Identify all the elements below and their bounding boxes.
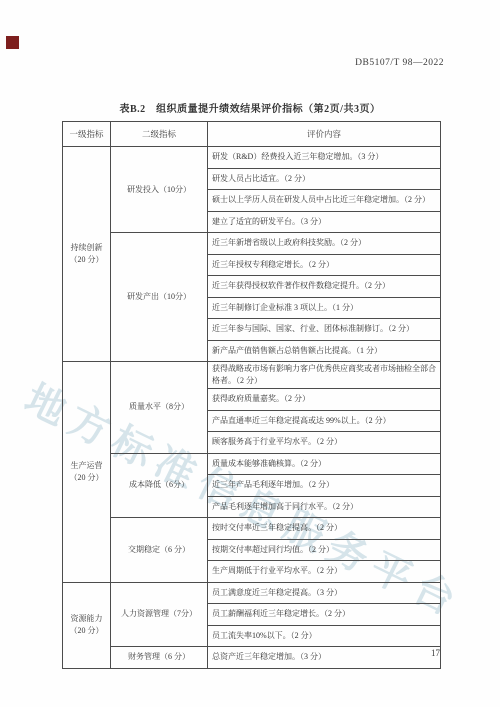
level1-indicator-cell: 资源能力 （20 分） [63, 582, 111, 668]
table-row: 财务管理（6 分）总资产近三年稳定增加。（3 分） [63, 647, 441, 669]
evaluation-content-cell: 质量成本能够准确核算。（2 分） [208, 453, 441, 475]
evaluation-content-cell: 研发人员占比适宜。（2 分） [208, 168, 441, 190]
evaluation-content-cell: 按时交付率近三年稳定提高。（2 分） [208, 518, 441, 540]
evaluation-content-cell: 近三年制修订企业标准 3 项以上。（1 分） [208, 297, 441, 319]
evaluation-content-cell: 生产周期低于行业平均水平。（2 分） [208, 561, 441, 583]
table-row: 交期稳定（6 分）按时交付率近三年稳定提高。（2 分） [63, 518, 441, 540]
evaluation-content-cell: 获得政府质量嘉奖。（2 分） [208, 389, 441, 411]
level1-indicator-cell: 生产运营 （20 分） [63, 362, 111, 583]
evaluation-content-cell: 近三年新增省级以上政府科技奖励。（2 分） [208, 233, 441, 255]
evaluation-content-cell: 员工薪酬福利近三年稳定增长。（2 分） [208, 604, 441, 626]
page-number: 17 [431, 648, 440, 658]
level2-indicator-cell: 交期稳定（6 分） [111, 518, 208, 583]
evaluation-table: 一级指标 二级指标 评价内容 持续创新 （20 分）研发投入（10分）研发（R&… [62, 121, 441, 669]
evaluation-content-cell: 员工流失率10%以下。（2 分） [208, 625, 441, 647]
evaluation-content-cell: 研发（R&D）经费投入近三年稳定增加。（3 分） [208, 147, 441, 169]
header-content: 评价内容 [208, 122, 441, 147]
evaluation-content-cell: 产品毛利逐年增加高于同行水平。（2 分） [208, 496, 441, 518]
evaluation-content-cell: 近三年授权专利稳定增长。（2 分） [208, 254, 441, 276]
level2-indicator-cell: 财务管理（6 分） [111, 647, 208, 669]
evaluation-content-cell: 近三年获得授权软件著作权件数稳定提升。（2 分） [208, 276, 441, 298]
evaluation-content-cell: 总资产近三年稳定增加。（3 分） [208, 647, 441, 669]
evaluation-content-cell: 近三年产品毛利逐年增加。（2 分） [208, 475, 441, 497]
evaluation-content-cell: 获得战略或市场有影响力客户优秀供应商奖或者市场抽检全部合格者。（2 分） [208, 362, 441, 389]
evaluation-content-cell: 产品直通率近三年稳定提高或达 99%以上。（2 分） [208, 410, 441, 432]
level1-indicator-cell: 持续创新 （20 分） [63, 147, 111, 362]
document-page: DB5107/T 98—2022 表B.2 组织质量提升绩效结果评价指标（第2页… [0, 0, 500, 707]
evaluation-content-cell: 按期交付率超过同行均值。（2 分） [208, 539, 441, 561]
level2-indicator-cell: 成本降低（6分） [111, 453, 208, 518]
evaluation-content-cell: 新产品产值销售额占总销售额占比提高。（1 分） [208, 340, 441, 362]
evaluation-content-cell: 近三年参与国际、国家、行业、团体标准制修订。（2 分） [208, 319, 441, 341]
table-row: 研发产出（10分）近三年新增省级以上政府科技奖励。（2 分） [63, 233, 441, 255]
table-row: 持续创新 （20 分）研发投入（10分）研发（R&D）经费投入近三年稳定增加。（… [63, 147, 441, 169]
evaluation-content-cell: 硕士以上学历人员在研发人员中占比近三年稳定增加。（2 分） [208, 190, 441, 212]
standard-code: DB5107/T 98—2022 [355, 58, 444, 68]
table-row: 成本降低（6分）质量成本能够准确核算。（2 分） [63, 453, 441, 475]
header-level1: 一级指标 [63, 122, 111, 147]
evaluation-table-wrapper: 一级指标 二级指标 评价内容 持续创新 （20 分）研发投入（10分）研发（R&… [62, 121, 440, 669]
level2-indicator-cell: 研发产出（10分） [111, 233, 208, 362]
table-header-row: 一级指标 二级指标 评价内容 [63, 122, 441, 147]
level2-indicator-cell: 人力资源管理（7分） [111, 582, 208, 647]
red-stamp-mark [6, 36, 19, 49]
table-row: 资源能力 （20 分）人力资源管理（7分）员工满意度近三年稳定提高。（3 分） [63, 582, 441, 604]
table-row: 生产运营 （20 分）质量水平（8分）获得战略或市场有影响力客户优秀供应商奖或者… [63, 362, 441, 389]
evaluation-content-cell: 建立了适宜的研发平台。（3 分） [208, 211, 441, 233]
header-level2: 二级指标 [111, 122, 208, 147]
evaluation-content-cell: 员工满意度近三年稳定提高。（3 分） [208, 582, 441, 604]
table-caption: 表B.2 组织质量提升绩效结果评价指标（第2页/共3页） [0, 100, 500, 115]
evaluation-content-cell: 顾客服务高于行业平均水平。（2 分） [208, 432, 441, 454]
level2-indicator-cell: 研发投入（10分） [111, 147, 208, 233]
level2-indicator-cell: 质量水平（8分） [111, 362, 208, 454]
